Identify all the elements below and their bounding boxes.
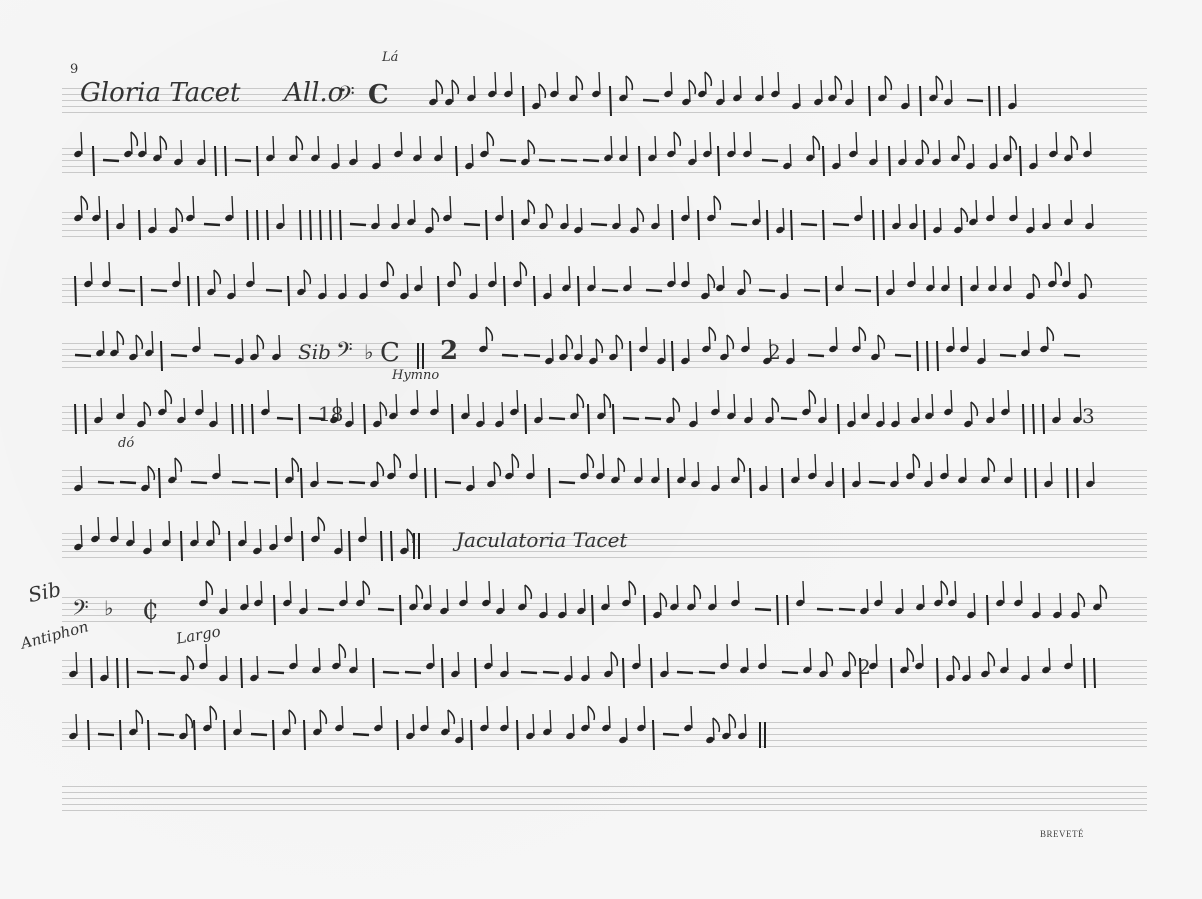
handwritten-notes — [0, 0, 1202, 899]
manuscript-page: 9 Gloria Tacet All.o Lá 𝄢 C Sib 𝄢 ♭ C 2 … — [0, 0, 1202, 899]
